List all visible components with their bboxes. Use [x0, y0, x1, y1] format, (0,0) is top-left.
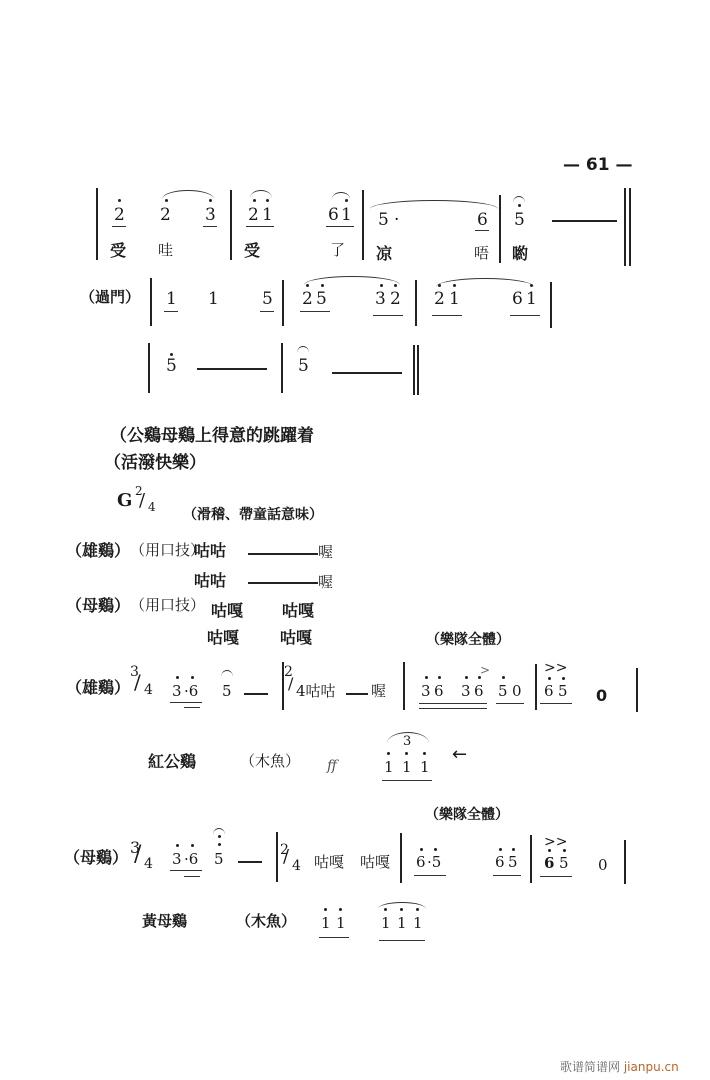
barline — [96, 188, 98, 260]
note: 2 — [434, 291, 445, 308]
octave-dot — [423, 752, 426, 755]
note: ·6 — [184, 684, 198, 699]
underline — [382, 780, 432, 781]
octave-dot — [518, 204, 521, 207]
watermark-site: jianpu.cn — [624, 1060, 679, 1074]
barline — [281, 343, 283, 393]
time-sig-bottom: 4 — [292, 858, 301, 874]
watermark: 歌谱简谱网 jianpu.cn — [560, 1058, 679, 1075]
time-sig-slash: / — [134, 842, 141, 867]
octave-dot — [465, 676, 468, 679]
octave-dot — [345, 199, 348, 202]
octave-dot — [165, 199, 168, 202]
underline — [164, 311, 178, 312]
slur — [436, 278, 534, 287]
final-barline — [413, 345, 415, 395]
barline — [230, 190, 232, 260]
underline — [246, 226, 274, 227]
octave-dot — [176, 676, 179, 679]
octave-dot — [512, 848, 515, 851]
cluck-text: 咕嘎 — [207, 630, 239, 646]
note: 3 — [421, 684, 431, 699]
octave-dot — [191, 676, 194, 679]
lyric: 哇 — [158, 243, 173, 258]
note: 1 — [208, 291, 219, 308]
rest: 0 — [598, 858, 608, 873]
lyric: 了 — [330, 243, 345, 258]
time-bottom: 4 — [148, 500, 156, 514]
arrow-icon: ← — [452, 744, 467, 765]
barline — [362, 190, 364, 260]
fermata — [221, 670, 233, 677]
octave-dot — [502, 676, 505, 679]
final-barline — [417, 345, 419, 395]
rest: 0 — [596, 686, 607, 705]
note: 1 — [166, 291, 177, 308]
part-label: （雄鷄） — [66, 680, 130, 696]
note: 5 — [222, 684, 232, 699]
octave-dot — [324, 908, 327, 911]
cluck-text: 4咕咕 — [296, 684, 336, 699]
note: 5 — [498, 684, 508, 699]
octave-dot — [400, 908, 403, 911]
octave-dot — [118, 199, 121, 202]
time-sig-slash: / — [134, 670, 141, 694]
lyric: 受 — [110, 243, 126, 259]
note: 6 — [477, 212, 488, 229]
note: 6 — [416, 855, 426, 870]
note: 5 — [559, 856, 569, 871]
note: 6 — [434, 684, 444, 699]
extension-dash — [332, 372, 402, 374]
note: 3 — [375, 291, 386, 308]
underline — [475, 230, 489, 231]
octave-dot — [420, 848, 423, 851]
note: 3 — [205, 207, 216, 224]
barline — [535, 664, 537, 710]
octave-dot — [176, 844, 179, 847]
underline — [170, 702, 202, 703]
octave-dot — [548, 849, 551, 852]
crow-text: 喔 — [318, 545, 333, 560]
octave-dot — [562, 677, 565, 680]
barline — [148, 343, 150, 393]
octave-dot — [218, 843, 221, 846]
rooster-label: （雄鷄） — [66, 543, 130, 559]
ensemble-note: （樂隊全體） — [425, 808, 509, 822]
lyric: 喲 — [512, 246, 528, 262]
sub-label: 紅公鷄 — [148, 754, 196, 770]
instrument-label: （木魚） — [236, 914, 296, 929]
barline — [276, 832, 278, 882]
underline — [170, 870, 202, 871]
note: 5 — [298, 358, 309, 375]
note: 1 — [397, 916, 407, 931]
note: 1 — [413, 916, 423, 931]
note: 2 — [248, 207, 259, 224]
time-sig-slash: / — [283, 846, 289, 867]
barline — [636, 668, 638, 712]
ensemble-note: （樂隊全體） — [426, 633, 510, 647]
watermark-cn: 歌谱简谱网 — [560, 1060, 620, 1074]
note: 1 — [262, 207, 273, 224]
page-number: — 61 — — [563, 155, 633, 175]
note: 6 — [474, 684, 484, 699]
note: 6 — [495, 855, 505, 870]
octave-dot — [416, 908, 419, 911]
note: 2 — [114, 207, 125, 224]
time-sig-bottom: 4 — [144, 682, 153, 698]
tempo-marking: （活潑快樂） — [104, 455, 206, 472]
note: 1 — [449, 291, 460, 308]
underline — [419, 703, 487, 704]
note: ·6 — [184, 852, 198, 867]
barline — [282, 280, 284, 326]
key-letter: G — [117, 490, 132, 511]
underline — [379, 940, 425, 941]
crow-text: 喔 — [318, 575, 333, 590]
octave-dot — [170, 353, 173, 356]
slur — [250, 190, 272, 198]
underline — [112, 226, 126, 227]
cluck-text: 咕嘎 — [314, 855, 344, 870]
barline — [403, 662, 405, 710]
note: 1 — [336, 916, 346, 931]
underline — [419, 708, 487, 709]
accent-marks: >> — [544, 660, 567, 676]
extension-dash — [197, 368, 267, 370]
note: 1 — [384, 760, 394, 775]
note: 5 — [262, 291, 273, 308]
extension-dash — [238, 861, 262, 863]
barline — [499, 195, 501, 263]
accent-mark: > — [480, 663, 490, 677]
crow-text: 喔 — [371, 684, 386, 699]
rest: 0 — [512, 684, 522, 699]
key-signature: G 2 / 4 — [117, 490, 132, 511]
note: 3 — [172, 852, 182, 867]
barline — [150, 278, 152, 326]
note: 1 — [402, 760, 412, 775]
note: 5 — [558, 684, 568, 699]
note: 5 — [514, 212, 525, 229]
octave-dot — [387, 752, 390, 755]
underline — [203, 226, 217, 227]
barline — [550, 282, 552, 328]
extension-dash — [248, 553, 318, 555]
cluck-text: 咕嘎 — [282, 603, 314, 619]
time-sig-bottom: 4 — [144, 856, 153, 872]
octave-dot — [339, 908, 342, 911]
octave-dot — [209, 199, 212, 202]
barline — [400, 833, 402, 883]
extension-dash — [346, 693, 368, 695]
cluck-text: 咕嘎 — [280, 630, 312, 646]
slur — [332, 192, 350, 199]
lyric: 受 — [244, 243, 260, 259]
note: 6 — [328, 207, 339, 224]
lyric: 凉 — [376, 246, 392, 262]
slur — [370, 200, 498, 209]
extension-dash — [248, 582, 318, 584]
note: 1 — [526, 291, 537, 308]
octave-dot — [405, 752, 408, 755]
underline — [432, 315, 462, 316]
accent-marks: >> — [544, 834, 567, 850]
octave-dot — [218, 835, 221, 838]
cluck-text: 咕咕 — [194, 573, 226, 589]
note: ·5 — [427, 855, 441, 870]
fermata — [297, 346, 309, 353]
dynamic-mark: ff — [327, 758, 337, 774]
instrument-label: （木魚） — [240, 754, 300, 769]
octave-dot — [425, 676, 428, 679]
note: 1 — [420, 760, 430, 775]
octave-dot — [253, 199, 256, 202]
note: 3 — [461, 684, 471, 699]
underline — [510, 315, 540, 316]
cluck-text: 咕咕 — [194, 543, 226, 559]
scene-direction: （公鷄母鷄上得意的跳躍着 — [110, 428, 314, 445]
lyric: 唔 — [474, 246, 489, 261]
note: 5 — [166, 358, 177, 375]
underline — [319, 937, 349, 938]
mouth-technique: （用口技） — [130, 598, 205, 613]
underline — [184, 876, 200, 877]
underline — [540, 703, 572, 704]
interlude-label: （過門） — [80, 290, 140, 305]
underline — [300, 311, 330, 312]
dot-duration: · — [394, 212, 399, 229]
slur — [162, 190, 214, 199]
octave-dot — [563, 849, 566, 852]
time-sig-bottom: 4 — [296, 682, 306, 700]
note: 2 — [160, 207, 171, 224]
note: 1 — [381, 916, 391, 931]
cluck-text: 咕咕 — [306, 682, 336, 700]
underline — [260, 311, 274, 312]
note: 6 — [544, 856, 554, 871]
note: 6 — [544, 684, 554, 699]
extension-dash — [244, 693, 268, 695]
note: 2 — [302, 291, 313, 308]
underline — [493, 875, 521, 876]
barline — [415, 280, 417, 326]
time-sig-slash: / — [288, 674, 293, 693]
underline — [184, 707, 200, 708]
fermata — [213, 828, 225, 835]
note: 3 — [172, 684, 182, 699]
note: 5 — [316, 291, 327, 308]
cluck-text: 咕嘎 — [211, 603, 243, 619]
hen-label: （母鷄） — [66, 598, 130, 614]
octave-dot — [191, 844, 194, 847]
note: 2 — [390, 291, 401, 308]
underline — [540, 876, 572, 877]
barline — [530, 835, 532, 883]
final-barline — [624, 188, 626, 266]
octave-dot — [499, 848, 502, 851]
fermata — [513, 196, 525, 203]
sub-label: 黃母鷄 — [142, 914, 187, 929]
extension-dash — [552, 220, 617, 222]
note: 5 — [508, 855, 518, 870]
underline — [373, 315, 403, 316]
note: 6 — [512, 291, 523, 308]
note: 5 — [378, 212, 389, 229]
part-label: （母鷄） — [64, 850, 128, 866]
octave-dot — [266, 199, 269, 202]
underline — [496, 703, 524, 704]
octave-dot — [438, 676, 441, 679]
barline — [624, 840, 626, 884]
underline — [414, 875, 446, 876]
final-barline — [629, 188, 631, 266]
underline — [326, 226, 354, 227]
note: 1 — [341, 207, 352, 224]
time-slash: / — [139, 490, 145, 511]
triplet-number: 3 — [403, 734, 411, 749]
octave-dot — [384, 908, 387, 911]
octave-dot — [548, 677, 551, 680]
style-note: （滑稽、帶童話意味） — [183, 508, 323, 522]
cluck-text: 咕嘎 — [360, 855, 390, 870]
note: 5 — [214, 852, 224, 867]
octave-dot — [434, 848, 437, 851]
slur — [304, 276, 400, 285]
note: 1 — [321, 916, 331, 931]
